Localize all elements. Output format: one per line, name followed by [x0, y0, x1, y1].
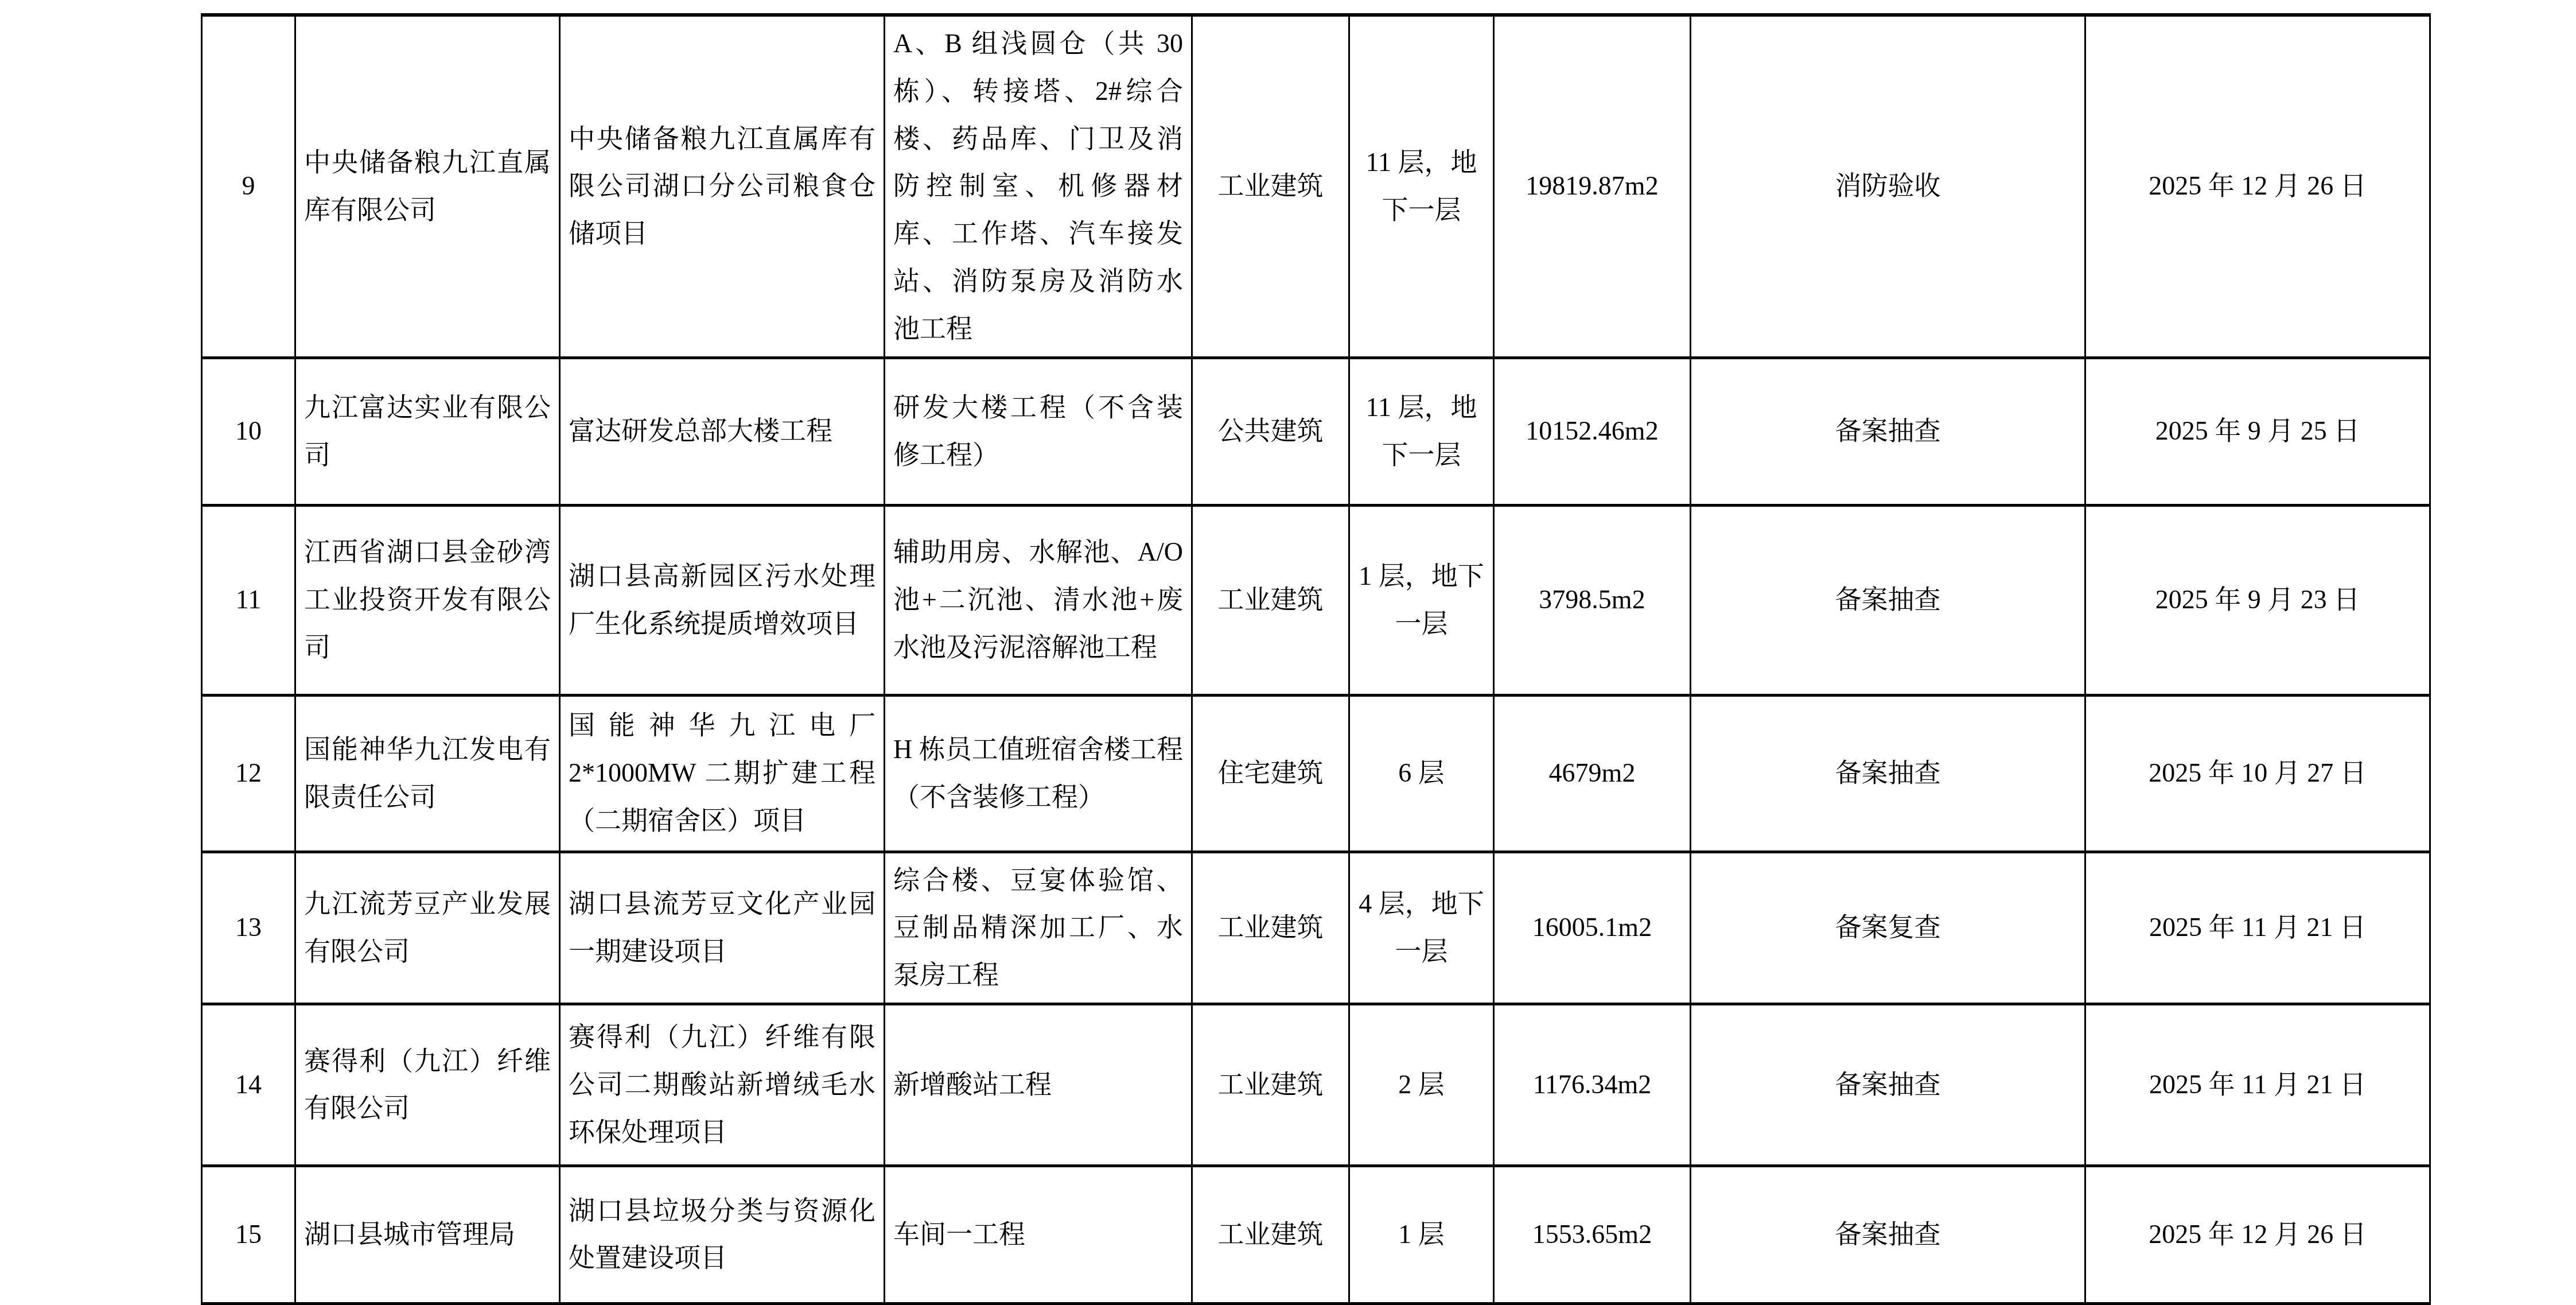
cell-building-type: 工业建筑 [1192, 852, 1349, 1004]
cell-date: 2025 年 9 月 25 日 [2085, 358, 2430, 505]
cell-building-type: 工业建筑 [1192, 505, 1349, 695]
cell-project: 赛得利（九江）纤维有限公司二期酸站新增绒毛水环保处理项目 [560, 1004, 885, 1166]
cell-building-type: 住宅建筑 [1192, 695, 1349, 852]
cell-works: H 栋员工值班宿舍楼工程（不含装修工程） [885, 695, 1192, 852]
cell-floors: 1 层 [1349, 1166, 1494, 1303]
cell-area: 3798.5m2 [1494, 505, 1691, 695]
cell-date: 2025 年 11 月 21 日 [2085, 852, 2430, 1004]
cell-area: 16005.1m2 [1494, 852, 1691, 1004]
cell-inspection: 备案抽查 [1691, 1004, 2085, 1166]
cell-building-type: 公共建筑 [1192, 358, 1349, 505]
table-row: 11 江西省湖口县金砂湾工业投资开发有限公司 湖口县高新园区污水处理厂生化系统提… [202, 505, 2430, 695]
cell-inspection: 备案复查 [1691, 852, 2085, 1004]
table-row: 9 中央储备粮九江直属库有限公司 中央储备粮九江直属库有限公司湖口分公司粮食仓储… [202, 15, 2430, 358]
cell-seq: 9 [202, 15, 295, 358]
cell-works: A、B 组浅圆仓（共 30 栋）、转接塔、2#综合楼、药品库、门卫及消防控制室、… [885, 15, 1192, 358]
cell-works: 研发大楼工程（不含装修工程） [885, 358, 1192, 505]
cell-date: 2025 年 12 月 26 日 [2085, 1166, 2430, 1303]
cell-floors: 4 层，地下一层 [1349, 852, 1494, 1004]
cell-date: 2025 年 9 月 23 日 [2085, 505, 2430, 695]
cell-building-type: 工业建筑 [1192, 1166, 1349, 1303]
cell-project: 湖口县流芳豆文化产业园一期建设项目 [560, 852, 885, 1004]
cell-building-type: 工业建筑 [1192, 1004, 1349, 1166]
cell-company: 九江流芳豆产业发展有限公司 [295, 852, 560, 1004]
document-page: 9 中央储备粮九江直属库有限公司 中央储备粮九江直属库有限公司湖口分公司粮食仓储… [0, 0, 2576, 1289]
table-row: 14 赛得利（九江）纤维有限公司 赛得利（九江）纤维有限公司二期酸站新增绒毛水环… [202, 1004, 2430, 1166]
cell-inspection: 备案抽查 [1691, 1166, 2085, 1303]
cell-seq: 15 [202, 1166, 295, 1303]
cell-floors: 1 层，地下一层 [1349, 505, 1494, 695]
cell-inspection: 备案抽查 [1691, 695, 2085, 852]
cell-project: 富达研发总部大楼工程 [560, 358, 885, 505]
cell-floors: 6 层 [1349, 695, 1494, 852]
cell-date: 2025 年 10 月 27 日 [2085, 695, 2430, 852]
cell-building-type: 工业建筑 [1192, 15, 1349, 358]
cell-date: 2025 年 12 月 26 日 [2085, 15, 2430, 358]
acceptance-projects-table: 9 中央储备粮九江直属库有限公司 中央储备粮九江直属库有限公司湖口分公司粮食仓储… [201, 13, 2431, 1305]
cell-company: 赛得利（九江）纤维有限公司 [295, 1004, 560, 1166]
cell-area: 10152.46m2 [1494, 358, 1691, 505]
cell-project: 中央储备粮九江直属库有限公司湖口分公司粮食仓储项目 [560, 15, 885, 358]
cell-works: 辅助用房、水解池、A/O 池+二沉池、清水池+废水池及污泥溶解池工程 [885, 505, 1192, 695]
table-row: 15 湖口县城市管理局 湖口县垃圾分类与资源化处置建设项目 车间一工程 工业建筑… [202, 1166, 2430, 1303]
cell-project: 湖口县高新园区污水处理厂生化系统提质增效项目 [560, 505, 885, 695]
cell-area: 1553.65m2 [1494, 1166, 1691, 1303]
table-row: 12 国能神华九江发电有限责任公司 国能神华九江电厂2*1000MW 二期扩建工… [202, 695, 2430, 852]
cell-project: 国能神华九江电厂2*1000MW 二期扩建工程（二期宿舍区）项目 [560, 695, 885, 852]
cell-company: 国能神华九江发电有限责任公司 [295, 695, 560, 852]
cell-seq: 10 [202, 358, 295, 505]
table-row: 13 九江流芳豆产业发展有限公司 湖口县流芳豆文化产业园一期建设项目 综合楼、豆… [202, 852, 2430, 1004]
cell-company: 九江富达实业有限公司 [295, 358, 560, 505]
table-row: 10 九江富达实业有限公司 富达研发总部大楼工程 研发大楼工程（不含装修工程） … [202, 358, 2430, 505]
cell-company: 江西省湖口县金砂湾工业投资开发有限公司 [295, 505, 560, 695]
cell-works: 新增酸站工程 [885, 1004, 1192, 1166]
cell-company: 湖口县城市管理局 [295, 1166, 560, 1303]
cell-floors: 2 层 [1349, 1004, 1494, 1166]
projects-table-body: 9 中央储备粮九江直属库有限公司 中央储备粮九江直属库有限公司湖口分公司粮食仓储… [202, 15, 2430, 1303]
cell-project: 湖口县垃圾分类与资源化处置建设项目 [560, 1166, 885, 1303]
cell-seq: 12 [202, 695, 295, 852]
cell-date: 2025 年 11 月 21 日 [2085, 1004, 2430, 1166]
cell-area: 19819.87m2 [1494, 15, 1691, 358]
cell-company: 中央储备粮九江直属库有限公司 [295, 15, 560, 358]
cell-area: 4679m2 [1494, 695, 1691, 852]
cell-works: 车间一工程 [885, 1166, 1192, 1303]
cell-inspection: 备案抽查 [1691, 505, 2085, 695]
cell-floors: 11 层，地下一层 [1349, 358, 1494, 505]
cell-works: 综合楼、豆宴体验馆、豆制品精深加工厂、水泵房工程 [885, 852, 1192, 1004]
cell-floors: 11 层，地下一层 [1349, 15, 1494, 358]
cell-inspection: 消防验收 [1691, 15, 2085, 358]
cell-area: 1176.34m2 [1494, 1004, 1691, 1166]
cell-seq: 14 [202, 1004, 295, 1166]
cell-seq: 11 [202, 505, 295, 695]
cell-seq: 13 [202, 852, 295, 1004]
cell-inspection: 备案抽查 [1691, 358, 2085, 505]
